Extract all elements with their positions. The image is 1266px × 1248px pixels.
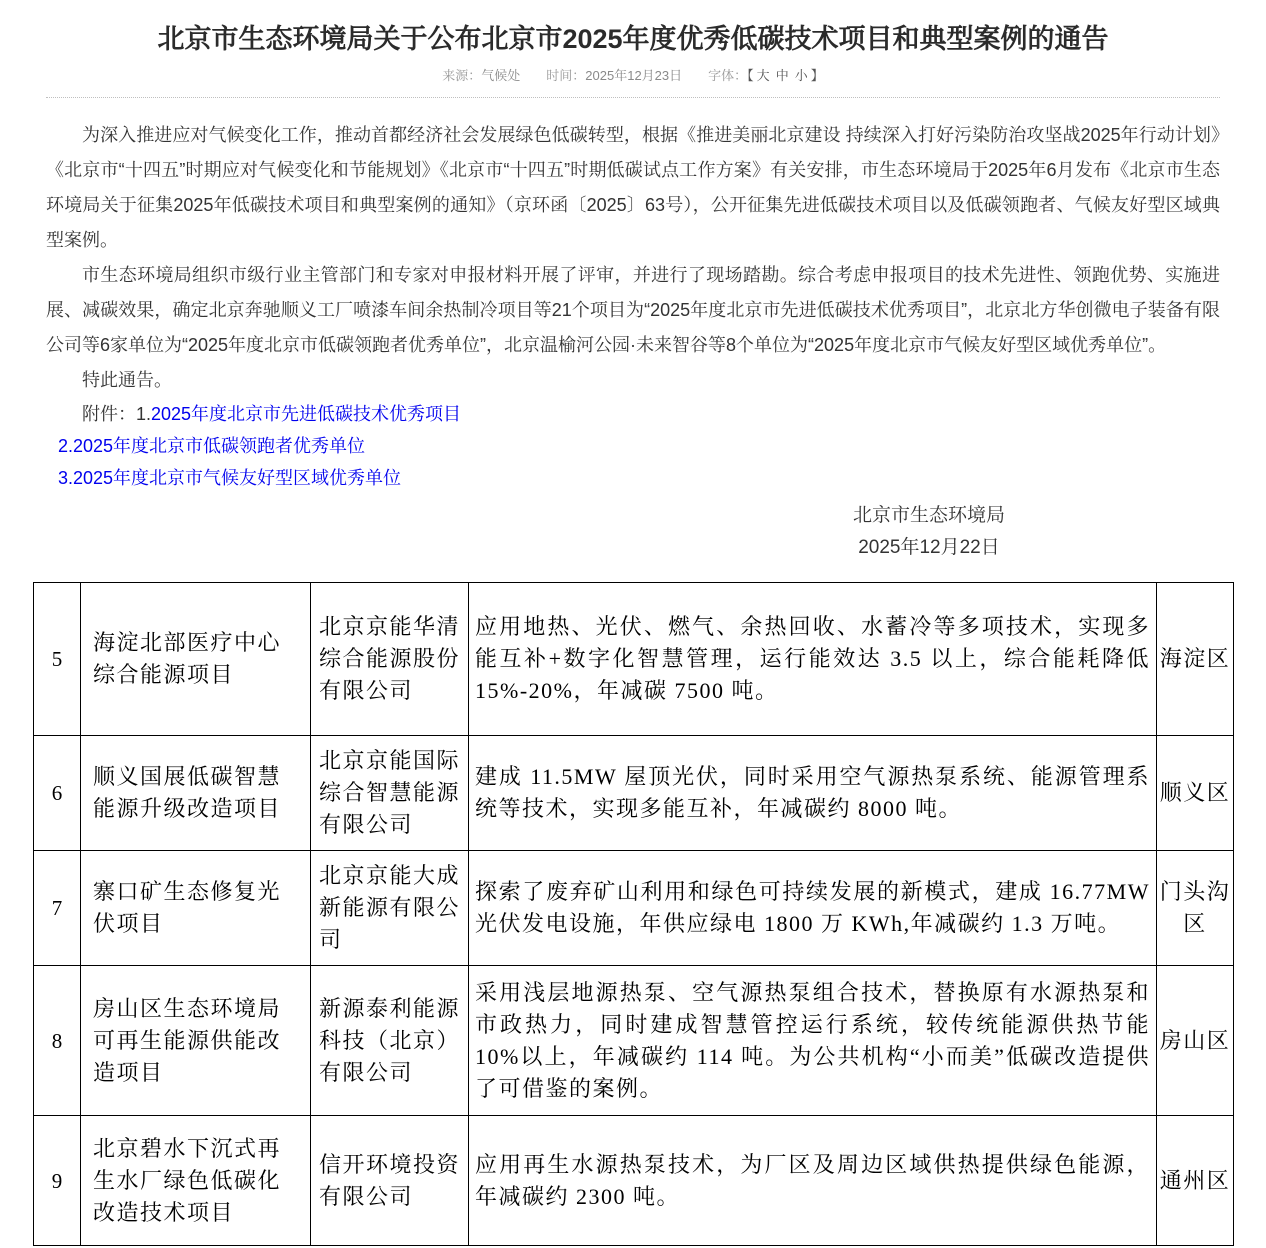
company-cell: 北京京能华清综合能源股份有限公司 <box>311 583 469 736</box>
font-size-controls: 【大中小】 <box>747 68 824 83</box>
table-row: 8 房山区生态环境局可再生能源供能改造项目 新源泰利能源科技（北京）有限公司 采… <box>34 966 1234 1116</box>
table-row: 9 北京碧水下沉式再生水厂绿色低碳化改造技术项目 信开环境投资有限公司 应用再生… <box>34 1116 1234 1246</box>
signature-date: 2025年12月22日 <box>853 532 1005 564</box>
district-cell: 顺义区 <box>1157 736 1234 851</box>
table-row: 5 海淀北部医疗中心综合能源项目 北京京能华清综合能源股份有限公司 应用地热、光… <box>34 583 1234 736</box>
description-cell: 探索了废弃矿山利用和绿色可持续发展的新模式，建成 16.77MW 光伏发电设施，… <box>469 851 1157 966</box>
district-cell: 通州区 <box>1157 1116 1234 1246</box>
project-name-cell: 顺义国展低碳智慧能源升级改造项目 <box>81 736 311 851</box>
company-cell: 信开环境投资有限公司 <box>311 1116 469 1246</box>
body-paragraph: 为深入推进应对气候变化工作，推动首都经济社会发展绿色低碳转型，根据《推进美丽北京… <box>46 118 1220 258</box>
company-cell: 北京京能大成新能源有限公司 <box>311 851 469 966</box>
signature-org: 北京市生态环境局 <box>853 500 1005 532</box>
row-index-cell: 8 <box>34 966 81 1116</box>
time-label: 时间： <box>546 68 585 83</box>
company-cell: 新源泰利能源科技（北京）有限公司 <box>311 966 469 1116</box>
attachment-link-label: 2025年度北京市低碳领跑者优秀单位 <box>73 436 365 456</box>
row-index-cell: 9 <box>34 1116 81 1246</box>
page-header: 北京市生态环境局关于公布北京市2025年度优秀低碳技术项目和典型案例的通告 来源… <box>0 0 1266 98</box>
attachment-link-label: 2025年度北京市气候友好型区域优秀单位 <box>73 468 401 488</box>
attachment-line-3: 3.2025年度北京市气候友好型区域优秀单位 <box>46 462 1220 494</box>
attachment-label: 附件： <box>82 404 136 424</box>
closing-line: 特此通告。 <box>46 363 1220 398</box>
notice-page: 北京市生态环境局关于公布北京市2025年度优秀低碳技术项目和典型案例的通告 来源… <box>0 0 1266 1248</box>
projects-table: 5 海淀北部医疗中心综合能源项目 北京京能华清综合能源股份有限公司 应用地热、光… <box>33 582 1234 1246</box>
source-value: 气候处 <box>481 68 520 83</box>
attachment-link-1[interactable]: 2025年度北京市先进低碳技术优秀项目 <box>151 404 461 424</box>
font-size-large-button[interactable]: 大 <box>757 68 770 83</box>
project-name-cell: 房山区生态环境局可再生能源供能改造项目 <box>81 966 311 1116</box>
attachment-number: 2. <box>58 436 73 456</box>
meta-line: 来源：气候处时间：2025年12月23日字体：【大中小】 <box>0 68 1266 84</box>
project-name-cell: 寨口矿生态修复光伏项目 <box>81 851 311 966</box>
attachment-link-2[interactable]: 2.2025年度北京市低碳领跑者优秀单位 <box>58 436 365 456</box>
article-body: 为深入推进应对气候变化工作，推动首都经济社会发展绿色低碳转型，根据《推进美丽北京… <box>0 98 1266 564</box>
attachment-line-2: 2.2025年度北京市低碳领跑者优秀单位 <box>46 430 1220 462</box>
font-bracket-open: 【 <box>747 68 754 83</box>
font-size-medium-button[interactable]: 中 <box>776 68 789 83</box>
description-cell: 应用地热、光伏、燃气、余热回收、水蓄冷等多项技术，实现多能互补+数字化智慧管理，… <box>469 583 1157 736</box>
project-name-cell: 海淀北部医疗中心综合能源项目 <box>81 583 311 736</box>
body-paragraph: 市生态环境局组织市级行业主管部门和专家对申报材料开展了评审，并进行了现场踏勘。综… <box>46 258 1220 363</box>
district-cell: 房山区 <box>1157 966 1234 1116</box>
district-cell: 门头沟区 <box>1157 851 1234 966</box>
table-row: 6 顺义国展低碳智慧能源升级改造项目 北京京能国际综合智慧能源有限公司 建成 1… <box>34 736 1234 851</box>
description-cell: 建成 11.5MW 屋顶光伏，同时采用空气源热泵系统、能源管理系统等技术，实现多… <box>469 736 1157 851</box>
district-cell: 海淀区 <box>1157 583 1234 736</box>
row-index-cell: 7 <box>34 851 81 966</box>
time-value: 2025年12月23日 <box>585 68 682 83</box>
attachment-number: 1. <box>136 404 151 424</box>
row-index-cell: 6 <box>34 736 81 851</box>
attachment-link-3[interactable]: 3.2025年度北京市气候友好型区域优秀单位 <box>58 468 401 488</box>
description-cell: 采用浅层地源热泵、空气源热泵组合技术，替换原有水源热泵和市政热力，同时建成智慧管… <box>469 966 1157 1116</box>
company-cell: 北京京能国际综合智慧能源有限公司 <box>311 736 469 851</box>
font-bracket-close: 】 <box>811 68 824 83</box>
attachment-line-1: 附件：1.2025年度北京市先进低碳技术优秀项目 <box>46 398 1220 430</box>
table-row: 7 寨口矿生态修复光伏项目 北京京能大成新能源有限公司 探索了废弃矿山利用和绿色… <box>34 851 1234 966</box>
page-title: 北京市生态环境局关于公布北京市2025年度优秀低碳技术项目和典型案例的通告 <box>46 22 1220 56</box>
description-cell: 应用再生水源热泵技术，为厂区及周边区域供热提供绿色能源，年减碳约 2300 吨。 <box>469 1116 1157 1246</box>
source-label: 来源： <box>442 68 481 83</box>
font-label: 字体： <box>708 68 747 83</box>
signature-block: 北京市生态环境局 2025年12月22日 <box>853 500 1005 564</box>
font-size-small-button[interactable]: 小 <box>795 68 808 83</box>
project-name-cell: 北京碧水下沉式再生水厂绿色低碳化改造技术项目 <box>81 1116 311 1246</box>
row-index-cell: 5 <box>34 583 81 736</box>
attachment-number: 3. <box>58 468 73 488</box>
